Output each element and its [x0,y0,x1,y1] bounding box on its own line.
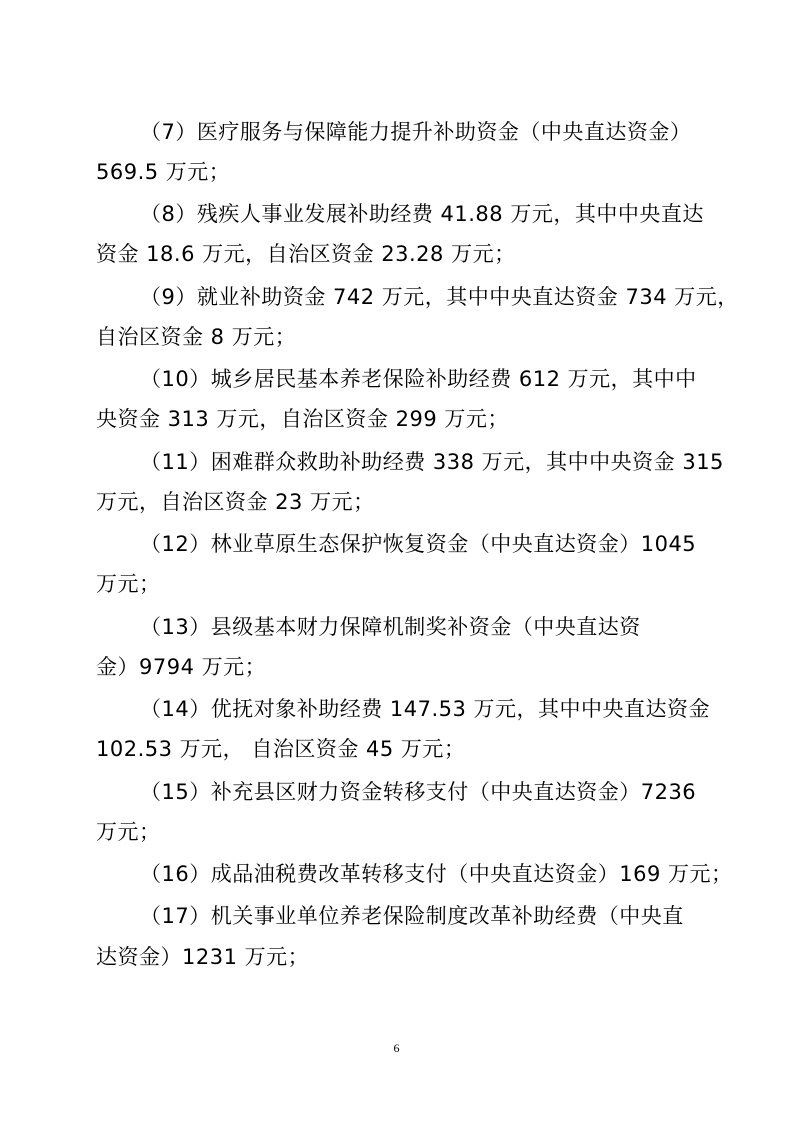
text-line-item-13-a: （13）县级基本财力保障机制奖补资金（中央直达资 [140,613,696,641]
text-line-item-10-b: 央资金 313 万元，自治区资金 299 万元； [96,405,696,433]
text-line-item-16: （16）成品油税费改革转移支付（中央直达资金）169 万元； [140,860,696,888]
text-line-item-11-a: （11）困难群众救助补助经费 338 万元，其中中央资金 315 [140,448,696,476]
text-line-item-17-a: （17）机关事业单位养老保险制度改革补助经费（中央直 [140,902,696,930]
text-line-item-14-a: （14）优抚对象补助经费 147.53 万元，其中中央直达资金 [140,695,696,723]
page-number: 6 [0,1041,793,1056]
text-line-item-11-b: 万元，自治区资金 23 万元； [96,488,696,516]
text-line-item-7-a: （7）医疗服务与保障能力提升补助资金（中央直达资金） [140,118,696,146]
text-line-item-9-a: （9）就业补助资金 742 万元，其中中央直达资金 734 万元， [140,283,696,311]
text-line-item-13-b: 金）9794 万元； [96,653,696,681]
document-page: （7）医疗服务与保障能力提升补助资金（中央直达资金） 569.5 万元； （8）… [0,0,793,1122]
text-line-item-12-b: 万元； [96,570,696,598]
text-line-item-9-b: 自治区资金 8 万元； [96,323,696,351]
text-line-item-14-b: 102.53 万元， 自治区资金 45 万元； [96,735,696,763]
text-line-item-17-b: 达资金）1231 万元； [96,943,696,971]
text-line-item-15-b: 万元； [96,818,696,846]
text-line-item-15-a: （15）补充县区财力资金转移支付（中央直达资金）7236 [140,778,696,806]
text-line-item-12-a: （12）林业草原生态保护恢复资金（中央直达资金）1045 [140,530,696,558]
text-line-item-7-b: 569.5 万元； [96,158,696,186]
text-line-item-8-a: （8）残疾人事业发展补助经费 41.88 万元，其中中央直达 [140,200,696,228]
text-line-item-10-a: （10）城乡居民基本养老保险补助经费 612 万元，其中中 [140,365,696,393]
text-line-item-8-b: 资金 18.6 万元，自治区资金 23.28 万元； [96,240,696,268]
